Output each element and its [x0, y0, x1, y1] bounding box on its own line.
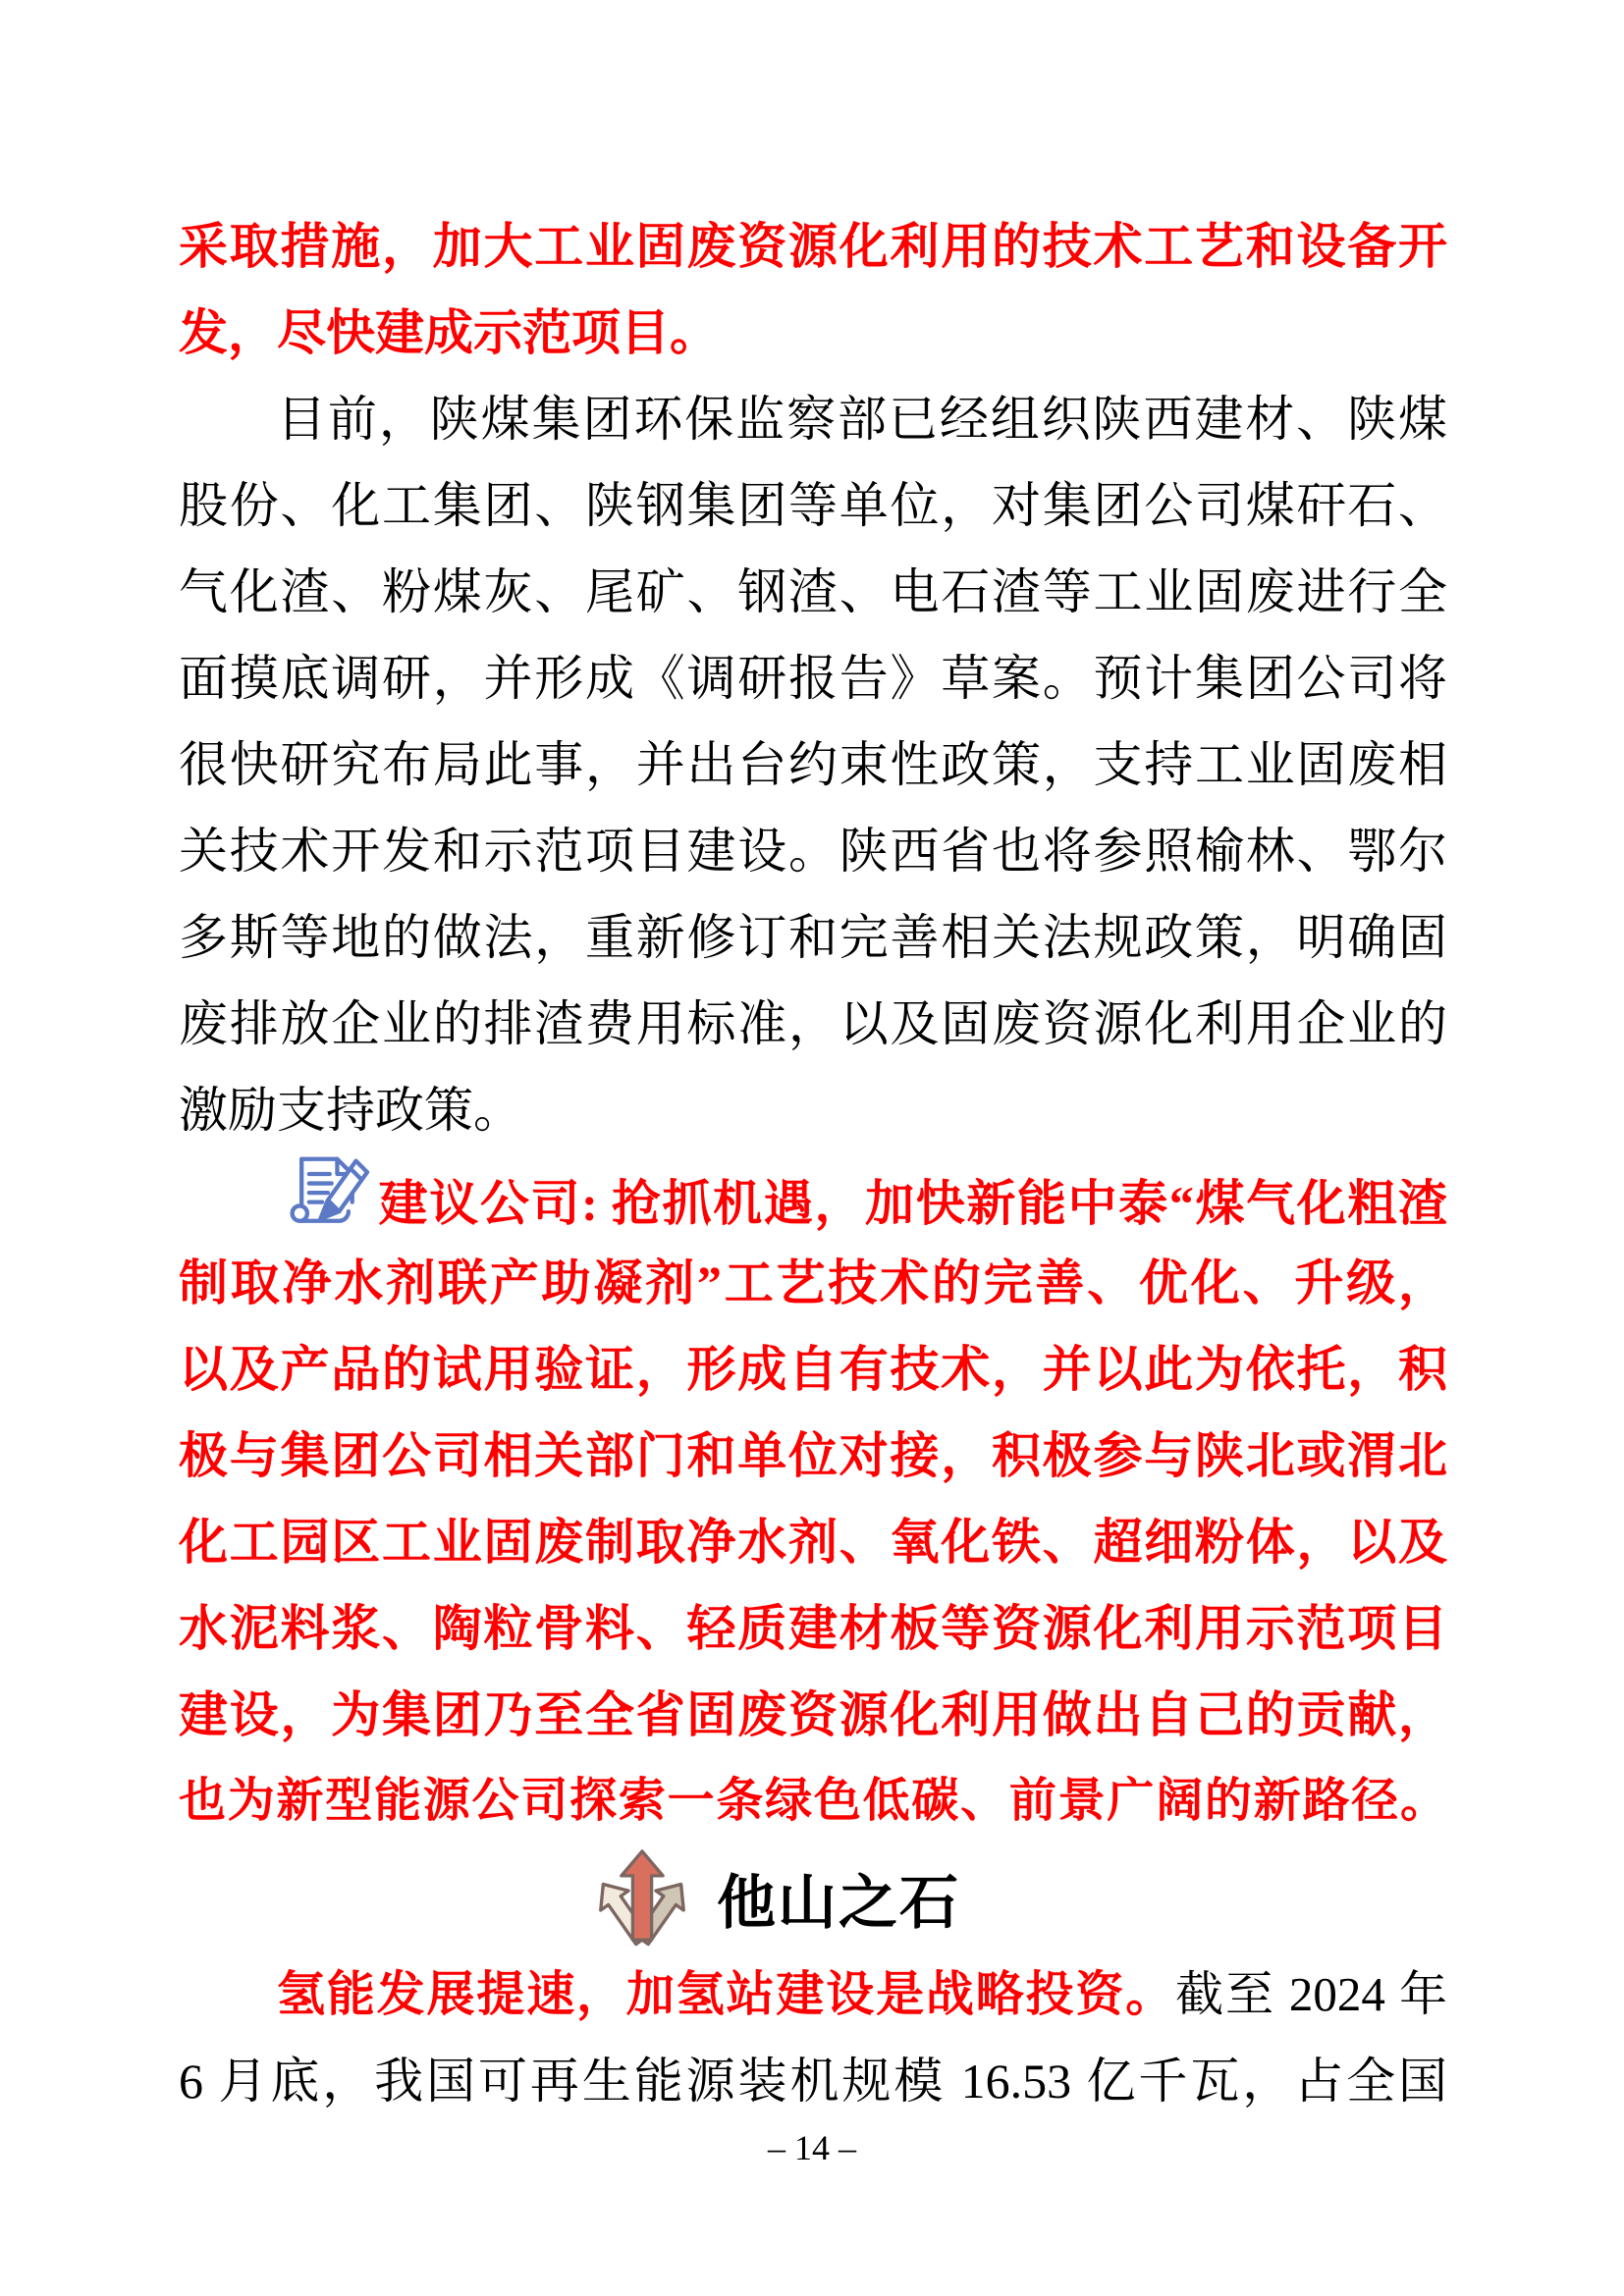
- section-title: 他山之石: [717, 1856, 960, 1941]
- emphasis-line: 发，尽快建成示范项目。: [179, 290, 1447, 376]
- body-line: 很快研究布局此事，并出台约束性政策，支持工业固废相: [179, 721, 1447, 808]
- three-way-arrow-icon: [595, 1846, 689, 1951]
- body-line: 激励支持政策。: [179, 1067, 1447, 1153]
- document-page: 采取措施，加大工业固废资源化利用的技术工艺和设备开 发，尽快建成示范项目。 目前…: [0, 0, 1624, 2296]
- body-line: 关技术开发和示范项目建设。陕西省也将参照榆林、鄂尔: [179, 808, 1447, 894]
- emphasis-line: 也为新型能源公司探索一条绿色低碳、前景广阔的新路径。: [179, 1758, 1447, 1844]
- body-line: 股份、化工集团、陕钢集团等单位，对集团公司煤矸石、: [179, 462, 1447, 549]
- section-header: 他山之石: [595, 1843, 960, 1953]
- body-line: 目前，陕煤集团环保监察部已经组织陕西建材、陕煤: [179, 376, 1447, 462]
- emphasis-line: 极与集团公司相关部门和单位对接，积极参与陕北或渭北: [179, 1413, 1447, 1499]
- body-line: 废排放企业的排渣费用标准，以及固废资源化利用企业的: [179, 981, 1447, 1067]
- emphasis-line: 采取措施，加大工业固废资源化利用的技术工艺和设备开: [179, 203, 1447, 290]
- emphasis-line: 水泥料浆、陶粒骨料、轻质建材板等资源化利用示范项目: [179, 1585, 1447, 1672]
- advice-line: 建议公司: 抢抓机遇，加快新能中泰“煤气化粗渣: [179, 1153, 1447, 1240]
- tail-red-text: 氢能发展提速，加氢站建设是战略投资。: [179, 1967, 1175, 2021]
- advice-line-text: 建议公司: 抢抓机遇，加快新能中泰“煤气化粗渣: [377, 1176, 1447, 1231]
- tail-black-text: 截至 2024 年: [1175, 1967, 1447, 2021]
- body-text-column: 采取措施，加大工业固废资源化利用的技术工艺和设备开 发，尽快建成示范项目。 目前…: [179, 203, 1447, 1844]
- body-line: 多斯等地的做法，重新修订和完善相关法规政策，明确固: [179, 894, 1447, 981]
- tail-line: 氢能发展提速，加氢站建设是战略投资。截至 2024 年: [179, 1951, 1447, 2038]
- emphasis-line: 制取净水剂联产助凝剂”工艺技术的完善、优化、升级，: [179, 1240, 1447, 1326]
- page-number: – 14 –: [0, 2118, 1624, 2177]
- tail-line: 6 月底，我国可再生能源装机规模 16.53 亿千瓦，占全国: [179, 2038, 1447, 2124]
- emphasis-line: 以及产品的试用验证，形成自有技术，并以此为依托，积: [179, 1326, 1447, 1413]
- emphasis-line: 建设，为集团乃至全省固废资源化利用做出自己的贡献，: [179, 1672, 1447, 1758]
- emphasis-line: 化工园区工业固废制取净水剂、氧化铁、超细粉体，以及: [179, 1499, 1447, 1585]
- body-line: 面摸底调研，并形成《调研报告》草案。预计集团公司将: [179, 635, 1447, 721]
- body-line: 气化渣、粉煤灰、尾矿、钢渣、电石渣等工业固废进行全: [179, 549, 1447, 635]
- memo-pencil-icon: [281, 1153, 371, 1240]
